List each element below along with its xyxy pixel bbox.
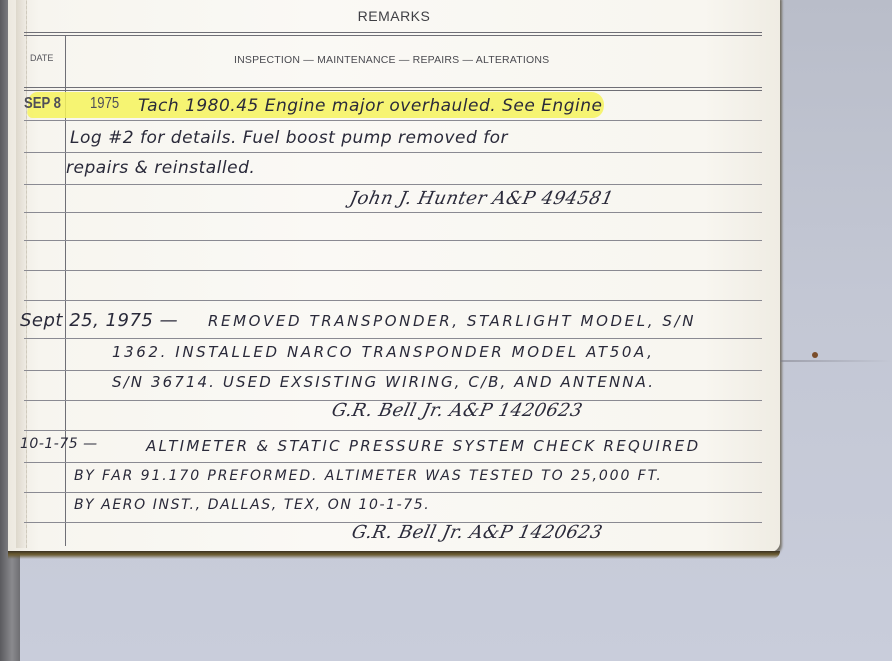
background-scan-streak	[780, 360, 892, 362]
ruled-line	[24, 462, 762, 463]
entry-1-line-1: Tach 1980.45 Engine major overhauled. Se…	[138, 96, 602, 116]
entry-1-line-3: repairs & reinstalled.	[66, 158, 255, 178]
background-speck	[812, 352, 818, 358]
ruled-line	[24, 240, 762, 241]
header-rule-top-2	[24, 35, 762, 36]
entry-2-line-3: S/N 36714. Used exsisting wiring, C/B, a…	[112, 373, 655, 391]
entry-1-line-2: Log #2 for details. Fuel boost pump remo…	[70, 128, 508, 148]
logbook-page: REMARKS DATE INSPECTION — MAINTENANCE — …	[8, 0, 780, 552]
ruled-line	[24, 338, 762, 339]
ruled-line	[24, 492, 762, 493]
page-perforation-edge	[16, 0, 27, 548]
header-rule-bottom-2	[24, 90, 762, 91]
entry-1-stamped-year: 1975	[90, 95, 119, 113]
entry-3-date: 10-1-75 —	[20, 436, 98, 452]
entry-2-signature: G.R. Bell Jr. A&P 1420623	[330, 400, 585, 421]
ruled-line	[24, 370, 762, 371]
entry-1-signature: John J. Hunter A&P 494581	[348, 188, 616, 209]
entry-2-line-2: 1362. Installed Narco Transponder model …	[112, 343, 655, 361]
page-title: REMARKS	[8, 8, 780, 24]
header-rule-bottom	[24, 87, 762, 88]
ruled-line	[24, 430, 762, 431]
entry-2-date: Sept 25, 1975 —	[20, 310, 178, 331]
entry-3-line-1: Altimeter & static pressure system check…	[146, 437, 700, 455]
entry-3-signature: G.R. Bell Jr. A&P 1420623	[350, 522, 605, 543]
ruled-line	[24, 152, 762, 153]
column-header-date: DATE	[30, 53, 53, 63]
ruled-line	[24, 270, 762, 271]
entry-2-line-1: Removed Transponder, Starlight model, S/…	[208, 312, 696, 330]
ruled-line	[24, 212, 762, 213]
page-bottom-edge-shadow	[8, 551, 780, 559]
ruled-line	[24, 120, 762, 121]
ruled-line	[24, 300, 762, 301]
entry-3-line-3: by Aero Inst., Dallas, Tex, on 10-1-75.	[74, 497, 430, 513]
entry-3-line-2: by FAR 91.170 preformed. Altimeter was t…	[74, 468, 663, 484]
ruled-line	[24, 184, 762, 185]
column-header-remarks: INSPECTION — MAINTENANCE — REPAIRS — ALT…	[234, 54, 549, 66]
entry-1-stamped-date: SEP 8	[24, 95, 61, 113]
header-rule-top	[24, 32, 762, 33]
